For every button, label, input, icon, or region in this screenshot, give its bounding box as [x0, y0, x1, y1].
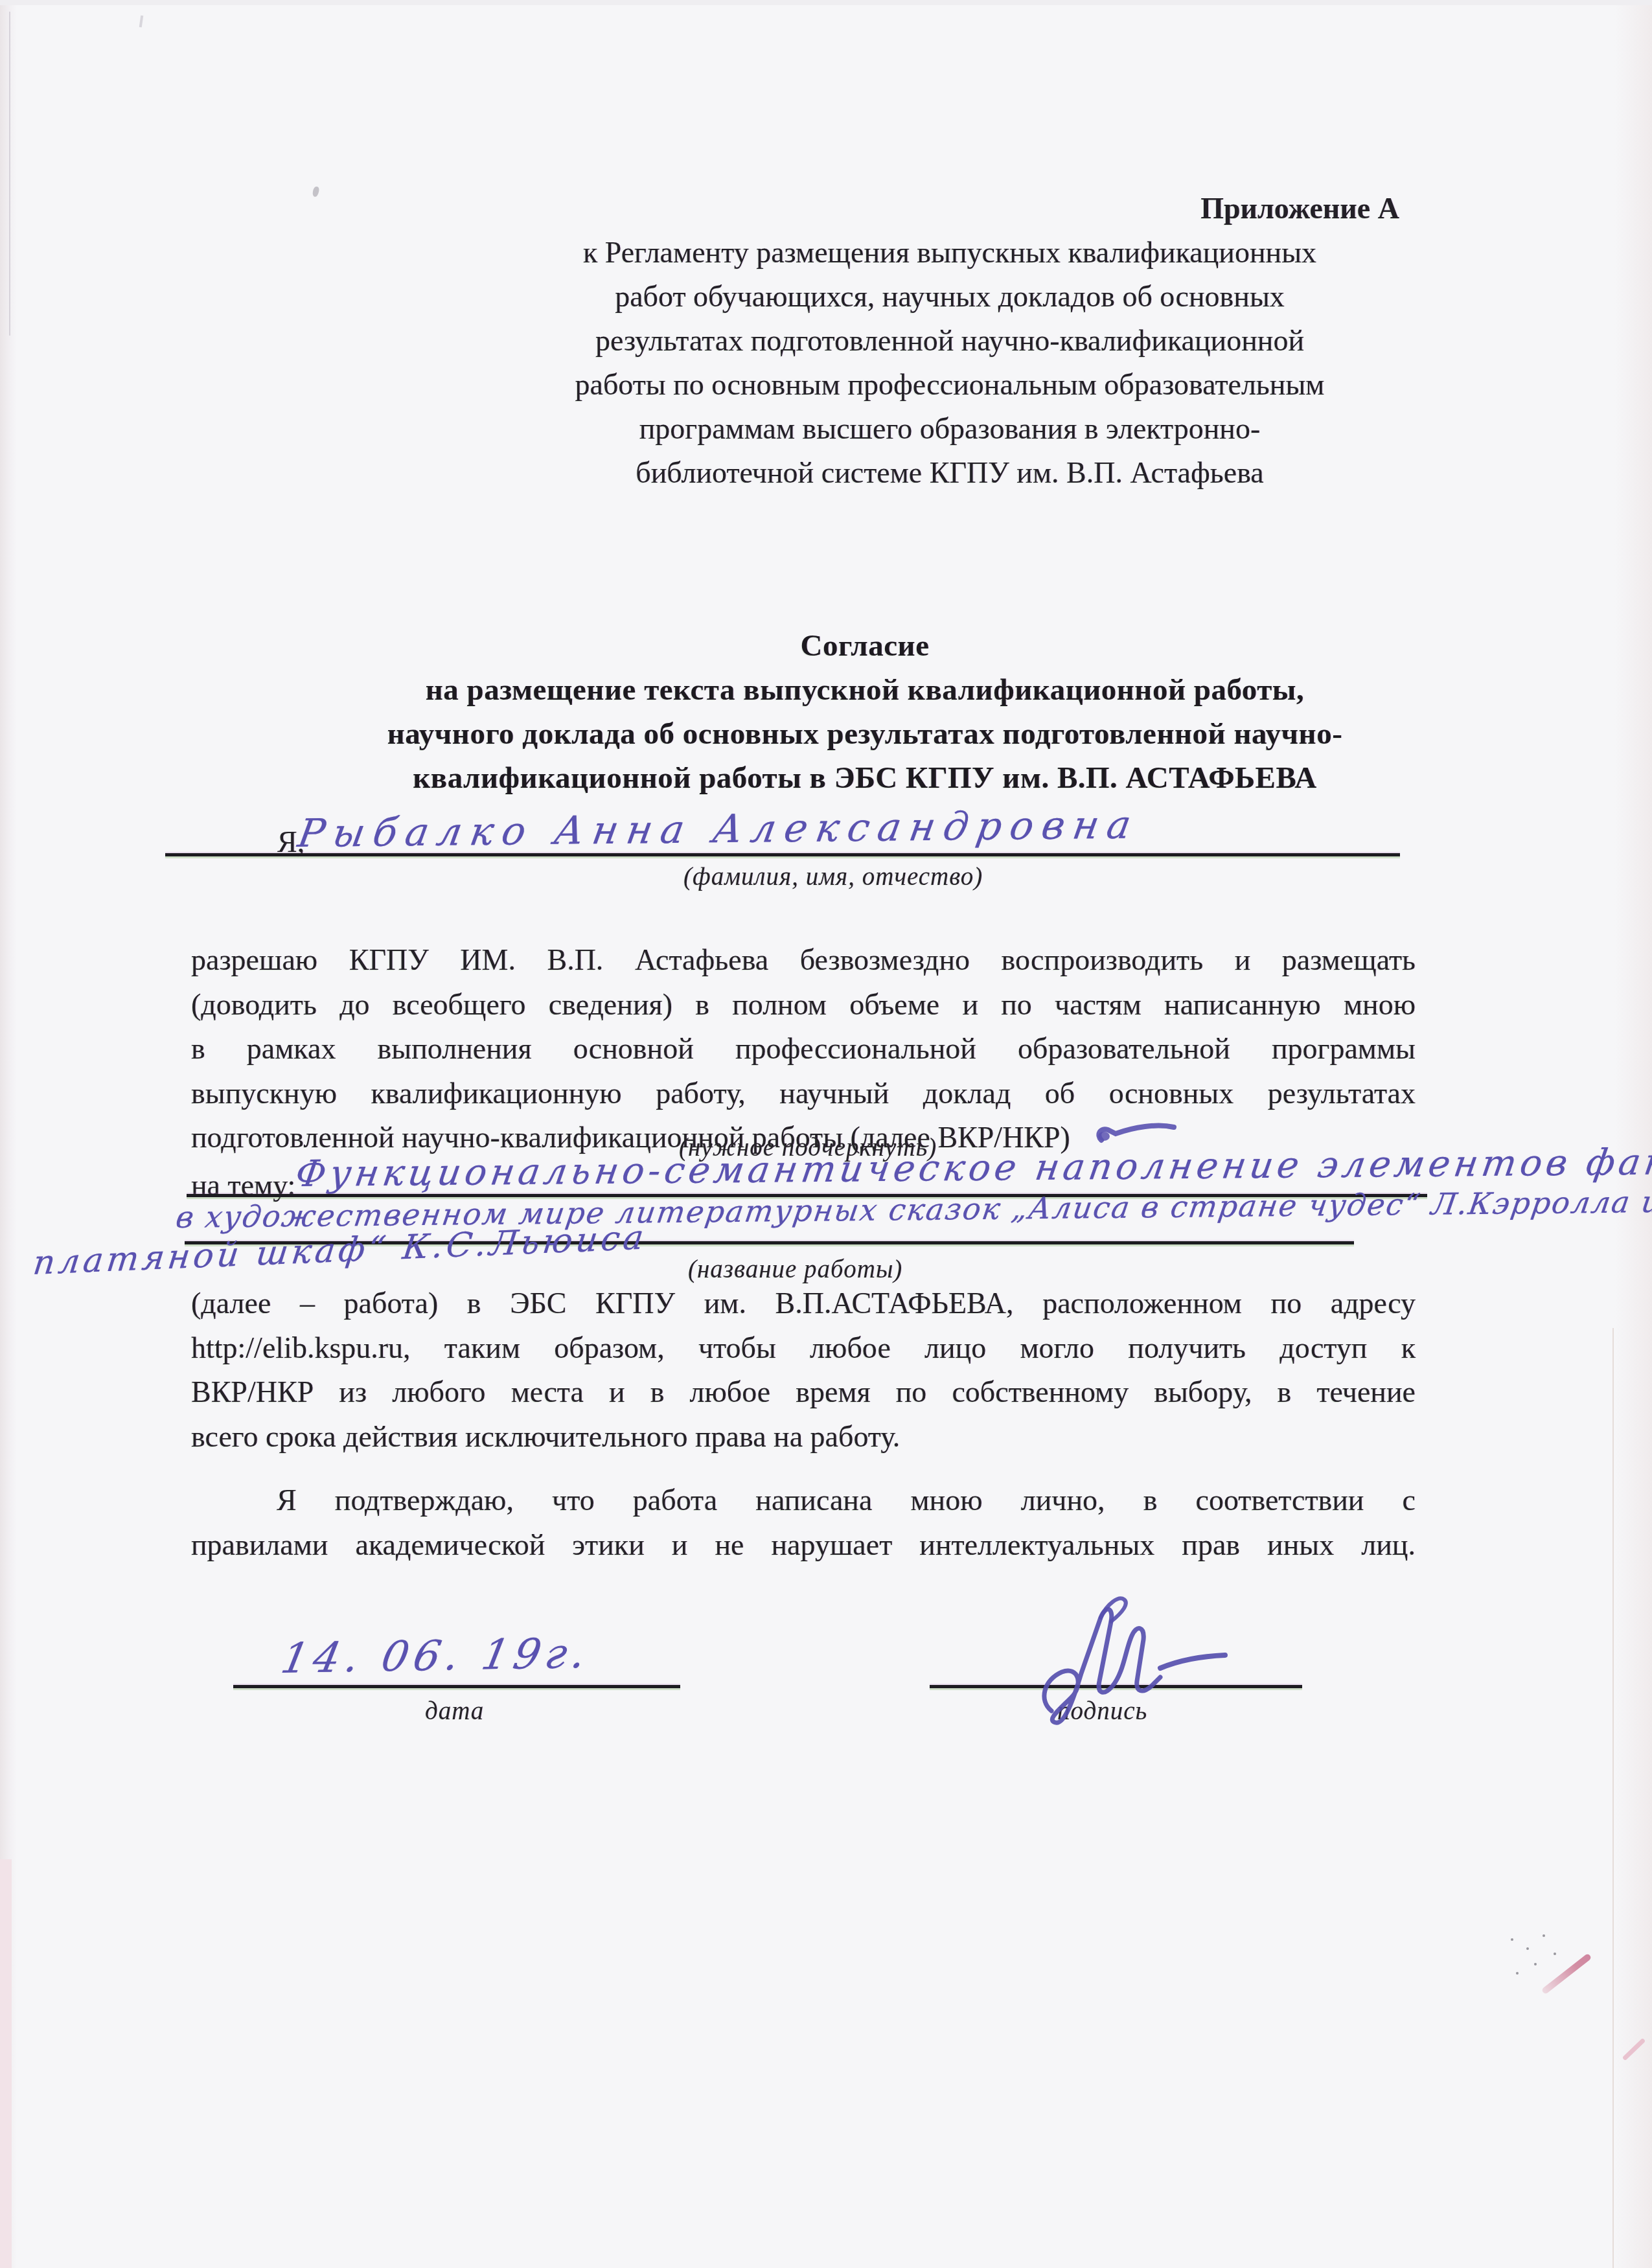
scan-speck: [139, 16, 143, 27]
scan-dot: [1534, 1963, 1537, 1965]
date-rule-line: [233, 1685, 680, 1688]
paragraph-line: всего срока действия исключительного пра…: [191, 1415, 1416, 1460]
handwritten-date: 14. 06. 19г.: [277, 1630, 595, 1683]
scanned-consent-form-page: Приложение А к Регламенту размещения вып…: [0, 0, 1652, 2268]
title-line: на размещение текста выпускной квалифика…: [272, 668, 1458, 712]
permission-paragraph: разрешаю КГПУ ИМ. В.П. Астафьева безвозм…: [191, 938, 1416, 1160]
title-line: научного доклада об основных результатах…: [272, 712, 1458, 756]
document-title-block: Согласие на размещение текста выпускной …: [272, 624, 1458, 800]
appendix-label: Приложение А: [499, 187, 1401, 231]
header-line: работы по основным профессиональным обра…: [499, 363, 1401, 407]
document-title: Согласие: [272, 624, 1458, 668]
paragraph-line: (доводить до всеобщего сведения) в полно…: [191, 983, 1416, 1027]
paragraph-line: разрешаю КГПУ ИМ. В.П. Астафьева безвозм…: [191, 938, 1416, 983]
header-line: результатах подготовленной научно-квалиф…: [499, 319, 1401, 363]
scan-edge-left-line: [9, 12, 10, 336]
full-name-rule-line: [165, 853, 1400, 856]
header-line: программам высшего образования в электро…: [499, 407, 1401, 451]
scan-dot: [1554, 1953, 1556, 1955]
paragraph-line: (далее – работа) в ЭБС КГПУ им. В.П.АСТА…: [191, 1281, 1416, 1326]
paragraph-line: в рамках выполнения основной профессиона…: [191, 1027, 1416, 1071]
scan-speck: [312, 186, 320, 197]
header-line: работ обучающихся, научных докладов об о…: [499, 275, 1401, 319]
topic-caption: (название работы): [688, 1255, 902, 1284]
paper-edge-right: [1612, 1328, 1614, 2268]
date-caption: дата: [425, 1697, 484, 1726]
confirmation-paragraph: Я подтверждаю, что работа написана мною …: [191, 1478, 1416, 1567]
header-line: библиотечной системе КГПУ им. В.П. Астаф…: [499, 451, 1401, 495]
scan-edge-left-pink-tint: [0, 1859, 12, 2268]
handwritten-full-name: Рыбалко Анна Александровна: [295, 802, 1143, 856]
paragraph-line: правилами академической этики и не наруш…: [191, 1523, 1416, 1568]
pink-pen-mark: [1541, 1953, 1592, 1995]
title-line: квалификационной работы в ЭБС КГПУ им. В…: [272, 756, 1458, 800]
header-line: к Регламенту размещения выпускных квалиф…: [499, 231, 1401, 275]
scan-dot: [1511, 1938, 1513, 1941]
appendix-header-block: Приложение А к Регламенту размещения вып…: [499, 187, 1401, 495]
scan-edge-right: [1614, 0, 1652, 2268]
scan-dot: [1516, 1972, 1519, 1975]
paragraph-line: выпускную квалификационную работу, научн…: [191, 1071, 1416, 1116]
full-name-caption: (фамилия, имя, отчество): [683, 863, 983, 891]
placement-paragraph: (далее – работа) в ЭБС КГПУ им. В.П.АСТА…: [191, 1281, 1416, 1459]
paragraph-line: http://elib.kspu.ru, таким образом, чтоб…: [191, 1326, 1416, 1371]
handwritten-signature: [1033, 1590, 1254, 1733]
paragraph-line: ВКР/НКР из любого места и в любое время …: [191, 1370, 1416, 1415]
paragraph-line: Я подтверждаю, что работа написана мною …: [191, 1478, 1416, 1523]
scan-dot: [1543, 1934, 1545, 1937]
scan-dot: [1526, 1947, 1529, 1950]
scan-edge-top: [0, 0, 1652, 5]
